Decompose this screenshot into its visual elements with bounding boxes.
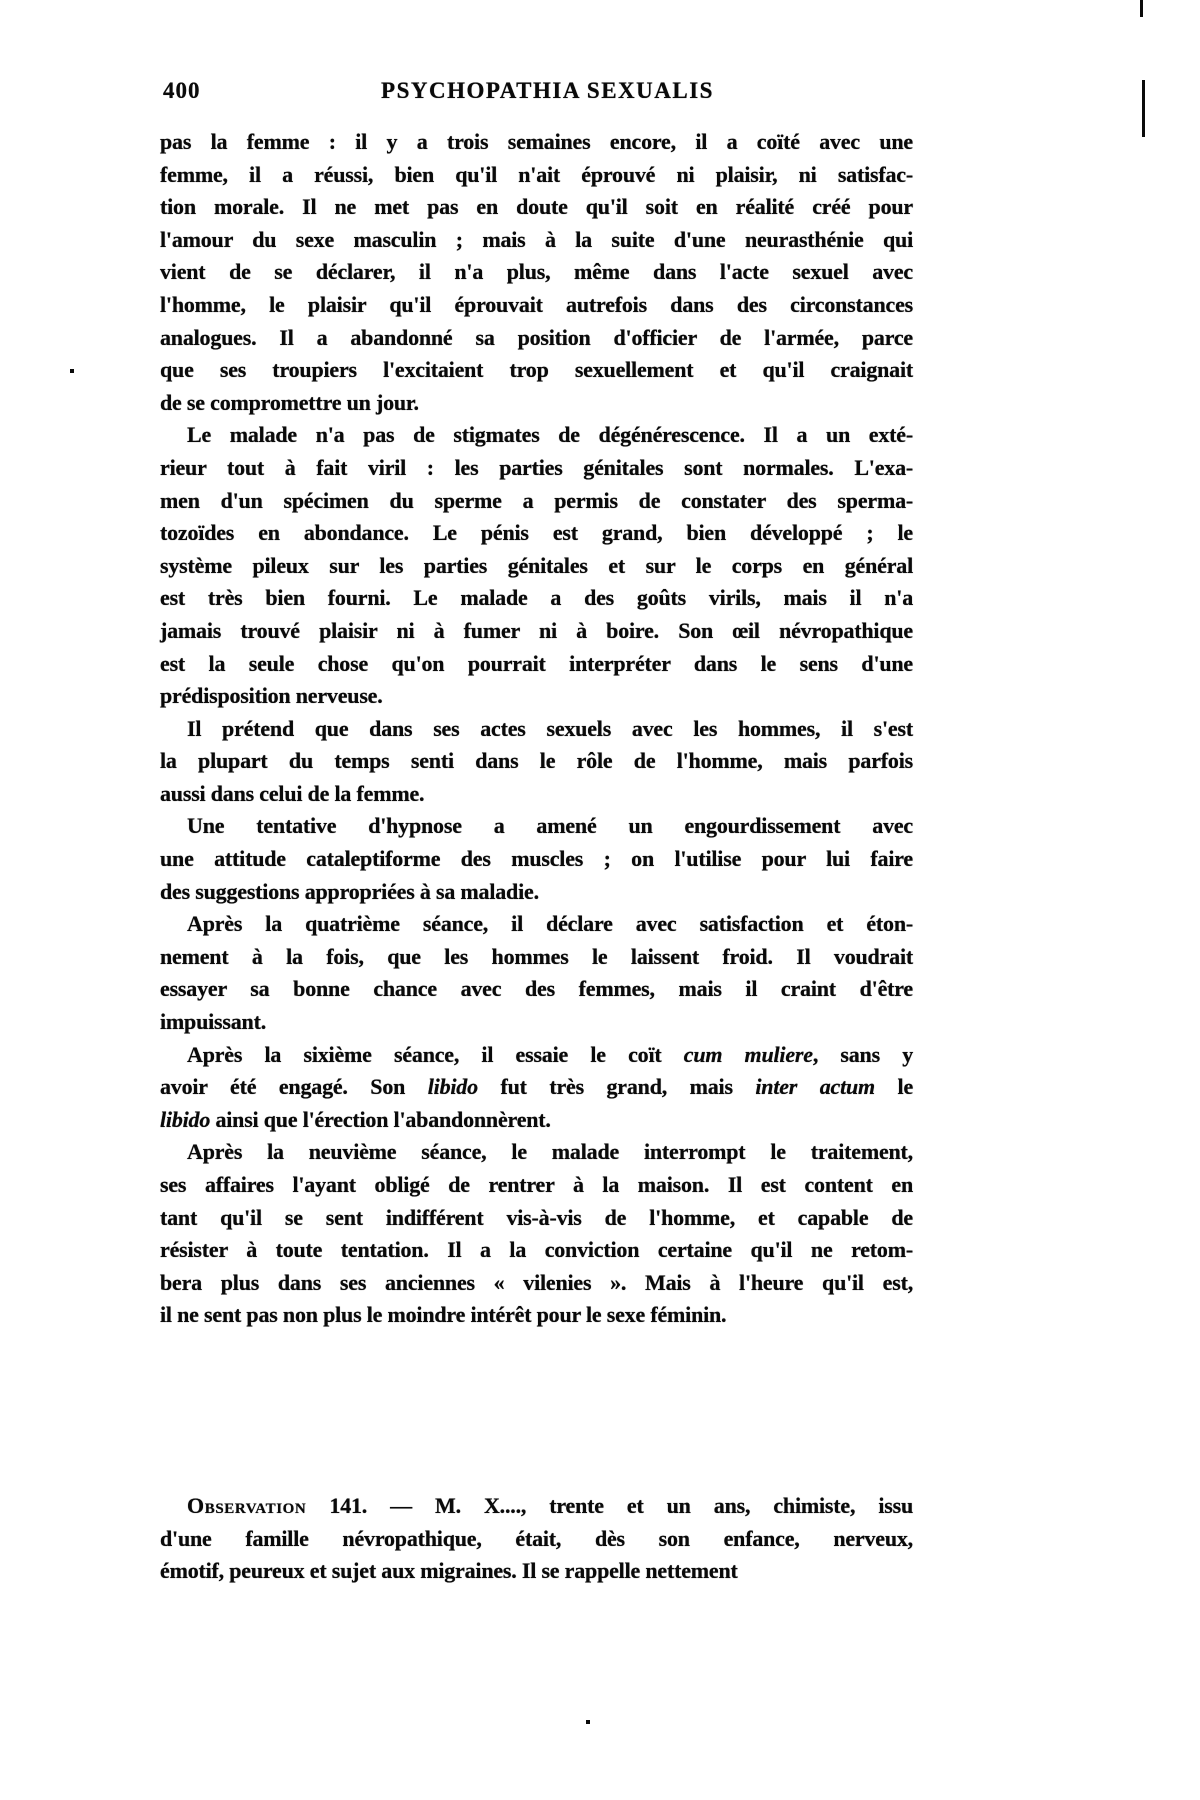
text-line: pas la femme : il y a trois semaines enc… — [160, 126, 913, 159]
scan-artifact-dot — [70, 369, 74, 373]
text-line: prédisposition nerveuse. — [160, 680, 913, 713]
text-line: Une tentative d'hypnose a amené un engou… — [160, 810, 913, 843]
text-line: libido ainsi que l'érection l'abandonnèr… — [160, 1104, 913, 1137]
text-line: tozoïdes en abondance. Le pénis est gran… — [160, 517, 913, 550]
scan-artifact-vertical-line — [1142, 80, 1145, 137]
text-line: nement à la fois, que les hommes le lais… — [160, 941, 913, 974]
text-line: émotif, peureux et sujet aux migraines. … — [160, 1555, 913, 1588]
text-line: une attitude cataleptiforme des muscles … — [160, 843, 913, 876]
text-line: Après la sixième séance, il essaie le co… — [160, 1039, 913, 1072]
paragraph: Après la sixième séance, il essaie le co… — [160, 1039, 913, 1137]
text-line: avoir été engagé. Son libido fut très gr… — [160, 1071, 913, 1104]
text-line: des suggestions appropriées à sa maladie… — [160, 876, 913, 909]
paragraph: Observation 141. — M. X...., trente et u… — [160, 1490, 913, 1588]
text-line: l'homme, le plaisir qu'il éprouvait autr… — [160, 289, 913, 322]
text-line: bera plus dans ses anciennes « vilenies … — [160, 1267, 913, 1300]
text-line: il ne sent pas non plus le moindre intér… — [160, 1299, 913, 1332]
text-line: l'amour du sexe masculin ; mais à la sui… — [160, 224, 913, 257]
scan-artifact-vertical-line — [1140, 0, 1143, 17]
text-line: tant qu'il se sent indifférent vis-à-vis… — [160, 1202, 913, 1235]
text-line: rieur tout à fait viril : les parties gé… — [160, 452, 913, 485]
text-line: analogues. Il a abandonné sa position d'… — [160, 322, 913, 355]
text-line: men d'un spécimen du sperme a permis de … — [160, 485, 913, 518]
paragraph: pas la femme : il y a trois semaines enc… — [160, 126, 913, 419]
scanned-book-page: 400 PSYCHOPATHIA SEXUALIS pas la femme :… — [0, 0, 1200, 1800]
text-line: aussi dans celui de la femme. — [160, 778, 913, 811]
text-line: est très bien fourni. Le malade a des go… — [160, 582, 913, 615]
text-line: d'une famille névropathique, était, dès … — [160, 1523, 913, 1556]
text-line: ses affaires l'ayant obligé de rentrer à… — [160, 1169, 913, 1202]
paragraph: Après la quatrième séance, il déclare av… — [160, 908, 913, 1038]
text-line: de se compromettre un jour. — [160, 387, 913, 420]
text-line: Observation 141. — M. X...., trente et u… — [160, 1490, 913, 1523]
text-line: essayer sa bonne chance avec des femmes,… — [160, 973, 913, 1006]
text-line: Le malade n'a pas de stigmates de dégéné… — [160, 419, 913, 452]
paragraph: Après la neuvième séance, le malade inte… — [160, 1136, 913, 1332]
text-line: système pileux sur les parties génitales… — [160, 550, 913, 583]
scan-artifact-dot — [586, 1720, 590, 1724]
text-line: Après la neuvième séance, le malade inte… — [160, 1136, 913, 1169]
text-line: résister à toute tentation. Il a la conv… — [160, 1234, 913, 1267]
page-body: pas la femme : il y a trois semaines enc… — [160, 126, 913, 1588]
text-line: jamais trouvé plaisir ni à fumer ni à bo… — [160, 615, 913, 648]
paragraph: Il prétend que dans ses actes sexuels av… — [160, 713, 913, 811]
text-line: la plupart du temps senti dans le rôle d… — [160, 745, 913, 778]
text-line: est la seule chose qu'on pourrait interp… — [160, 648, 913, 681]
text-line: vient de se déclarer, il n'a plus, même … — [160, 256, 913, 289]
text-line: femme, il a réussi, bien qu'il n'ait épr… — [160, 159, 913, 192]
paragraph: Le malade n'a pas de stigmates de dégéné… — [160, 419, 913, 712]
text-line: Après la quatrième séance, il déclare av… — [160, 908, 913, 941]
paragraph: Une tentative d'hypnose a amené un engou… — [160, 810, 913, 908]
text-line: Il prétend que dans ses actes sexuels av… — [160, 713, 913, 746]
text-line: impuissant. — [160, 1006, 913, 1039]
text-line: tion morale. Il ne met pas en doute qu'i… — [160, 191, 913, 224]
text-line: que ses troupiers l'excitaient trop sexu… — [160, 354, 913, 387]
running-title: PSYCHOPATHIA SEXUALIS — [160, 78, 913, 104]
